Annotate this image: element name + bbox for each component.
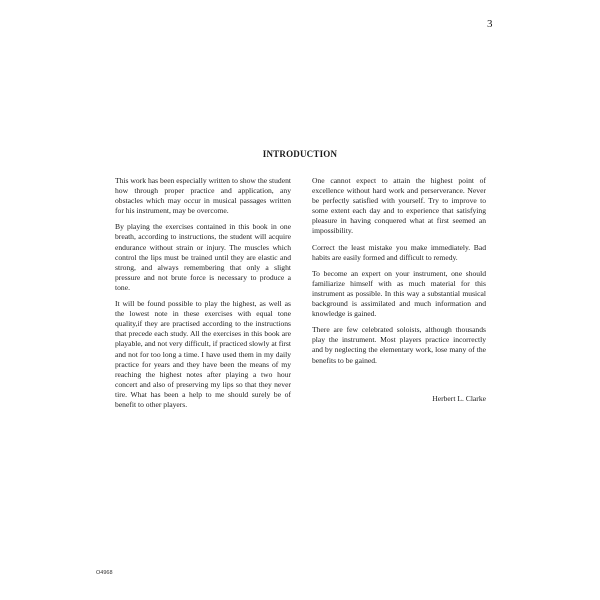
page-number: 3 [487, 18, 493, 30]
left-column: This work has been especially written to… [115, 176, 291, 416]
page-title: INTRODUCTION [0, 149, 600, 159]
author-signature: Herbert L. Clarke [312, 394, 486, 404]
paragraph: This work has been especially written to… [115, 176, 291, 216]
right-column: One cannot expect to attain the highest … [312, 176, 486, 404]
paragraph: Correct the least mistake you make immed… [312, 243, 486, 263]
paragraph: By playing the exercises contained in th… [115, 222, 291, 293]
catalog-code: O4968 [96, 570, 113, 576]
paragraph: To become an expert on your instrument, … [312, 269, 486, 319]
paragraph: There are few celebrated soloists, altho… [312, 325, 486, 365]
paragraph: One cannot expect to attain the highest … [312, 176, 486, 237]
paragraph: It will be found possible to play the hi… [115, 299, 291, 410]
